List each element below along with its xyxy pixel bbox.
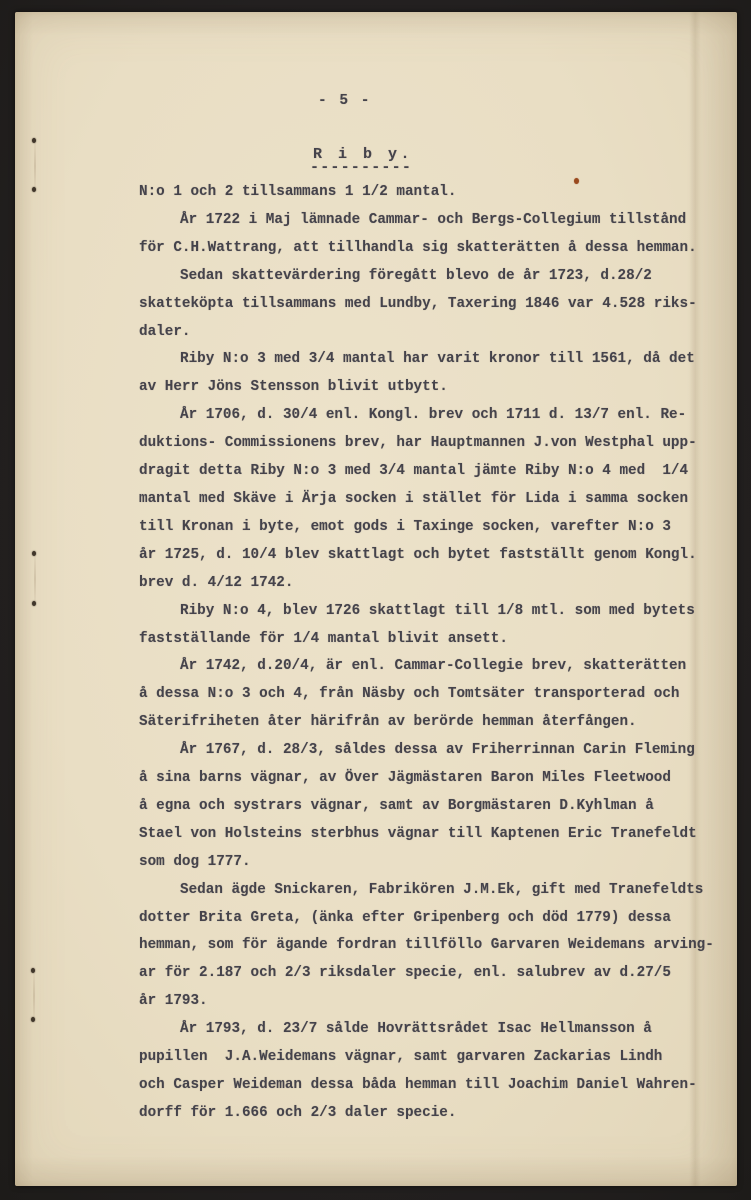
text-line: Riby N:o 3 med 3/4 mantal har varit kron… [139, 346, 724, 374]
text-line: av Herr Jöns Stensson blivit utbytt. [139, 374, 724, 402]
document-body: N:o 1 och 2 tillsammans 1 1/2 mantal.År … [139, 179, 724, 1128]
text-line: fastställande för 1/4 mantal blivit anse… [139, 626, 724, 654]
text-line: daler. [139, 319, 724, 347]
page-number: - 5 - [318, 92, 372, 110]
text-line: ar för 2.187 och 2/3 riksdaler specie, e… [139, 960, 724, 988]
text-line: skatteköpta tillsammans med Lundby, Taxe… [139, 291, 724, 319]
text-line: år 1725, d. 10/4 blev skattlagt och byte… [139, 542, 724, 570]
text-line: Säterifriheten åter härifrån av berörde … [139, 709, 724, 737]
text-line: för C.H.Wattrang, att tillhandla sig ska… [139, 235, 724, 263]
text-line: Riby N:o 4, blev 1726 skattlagt till 1/8… [139, 598, 724, 626]
staple-mark [34, 556, 36, 602]
text-line: å egna och systrars vägnar, samt av Borg… [139, 793, 724, 821]
staple-mark [34, 143, 36, 189]
text-line: pupillen J.A.Weidemans vägnar, samt garv… [139, 1044, 724, 1072]
staple-hole [32, 601, 36, 606]
staple-hole [32, 551, 36, 556]
text-line: dotter Brita Greta, (änka efter Gripenbe… [139, 905, 724, 933]
text-line: hemman, som för ägande fordran tillföllo… [139, 932, 724, 960]
text-line: Stael von Holsteins sterbhus vägnar till… [139, 821, 724, 849]
text-line: å dessa N:o 3 och 4, från Näsby och Tomt… [139, 681, 724, 709]
staple-hole [32, 187, 36, 192]
text-line: År 1722 i Maj lämnade Cammar- och Bergs-… [139, 207, 724, 235]
text-line: År 1793, d. 23/7 sålde Hovrättsrådet Isa… [139, 1016, 724, 1044]
text-line: Sedan skattevärdering föregått blevo de … [139, 263, 724, 291]
staple-mark [33, 973, 35, 1019]
text-line: till Kronan i byte, emot gods i Taxinge … [139, 514, 724, 542]
text-line: å sina barns vägnar, av Över Jägmästaren… [139, 765, 724, 793]
text-line: som dog 1777. [139, 849, 724, 877]
text-line: dragit detta Riby N:o 3 med 3/4 mantal j… [139, 458, 724, 486]
text-line: år 1793. [139, 988, 724, 1016]
text-line: duktions- Commissionens brev, har Hauptm… [139, 430, 724, 458]
title-underline: ---------- [310, 160, 412, 176]
staple-hole [31, 1017, 35, 1022]
text-line: N:o 1 och 2 tillsammans 1 1/2 mantal. [139, 179, 724, 207]
scanned-document-screenshot: { "page": { "page_number": "- 5 -", "tit… [0, 0, 751, 1200]
text-line: och Casper Weideman dessa båda hemman ti… [139, 1072, 724, 1100]
text-line: mantal med Skäve i Ärja socken i stället… [139, 486, 724, 514]
paper-page: - 5 - R i b y. ---------- N:o 1 och 2 ti… [15, 12, 737, 1186]
text-line: dorff för 1.666 och 2/3 daler specie. [139, 1100, 724, 1128]
text-line: Sedan ägde Snickaren, Fabrikören J.M.Ek,… [139, 877, 724, 905]
text-line: År 1706, d. 30/4 enl. Kongl. brev och 17… [139, 402, 724, 430]
staple-hole [32, 138, 36, 143]
text-line: År 1767, d. 28/3, såldes dessa av Friher… [139, 737, 724, 765]
staple-hole [31, 968, 35, 973]
text-line: År 1742, d.20/4, är enl. Cammar-Collegie… [139, 653, 724, 681]
text-line: brev d. 4/12 1742. [139, 570, 724, 598]
